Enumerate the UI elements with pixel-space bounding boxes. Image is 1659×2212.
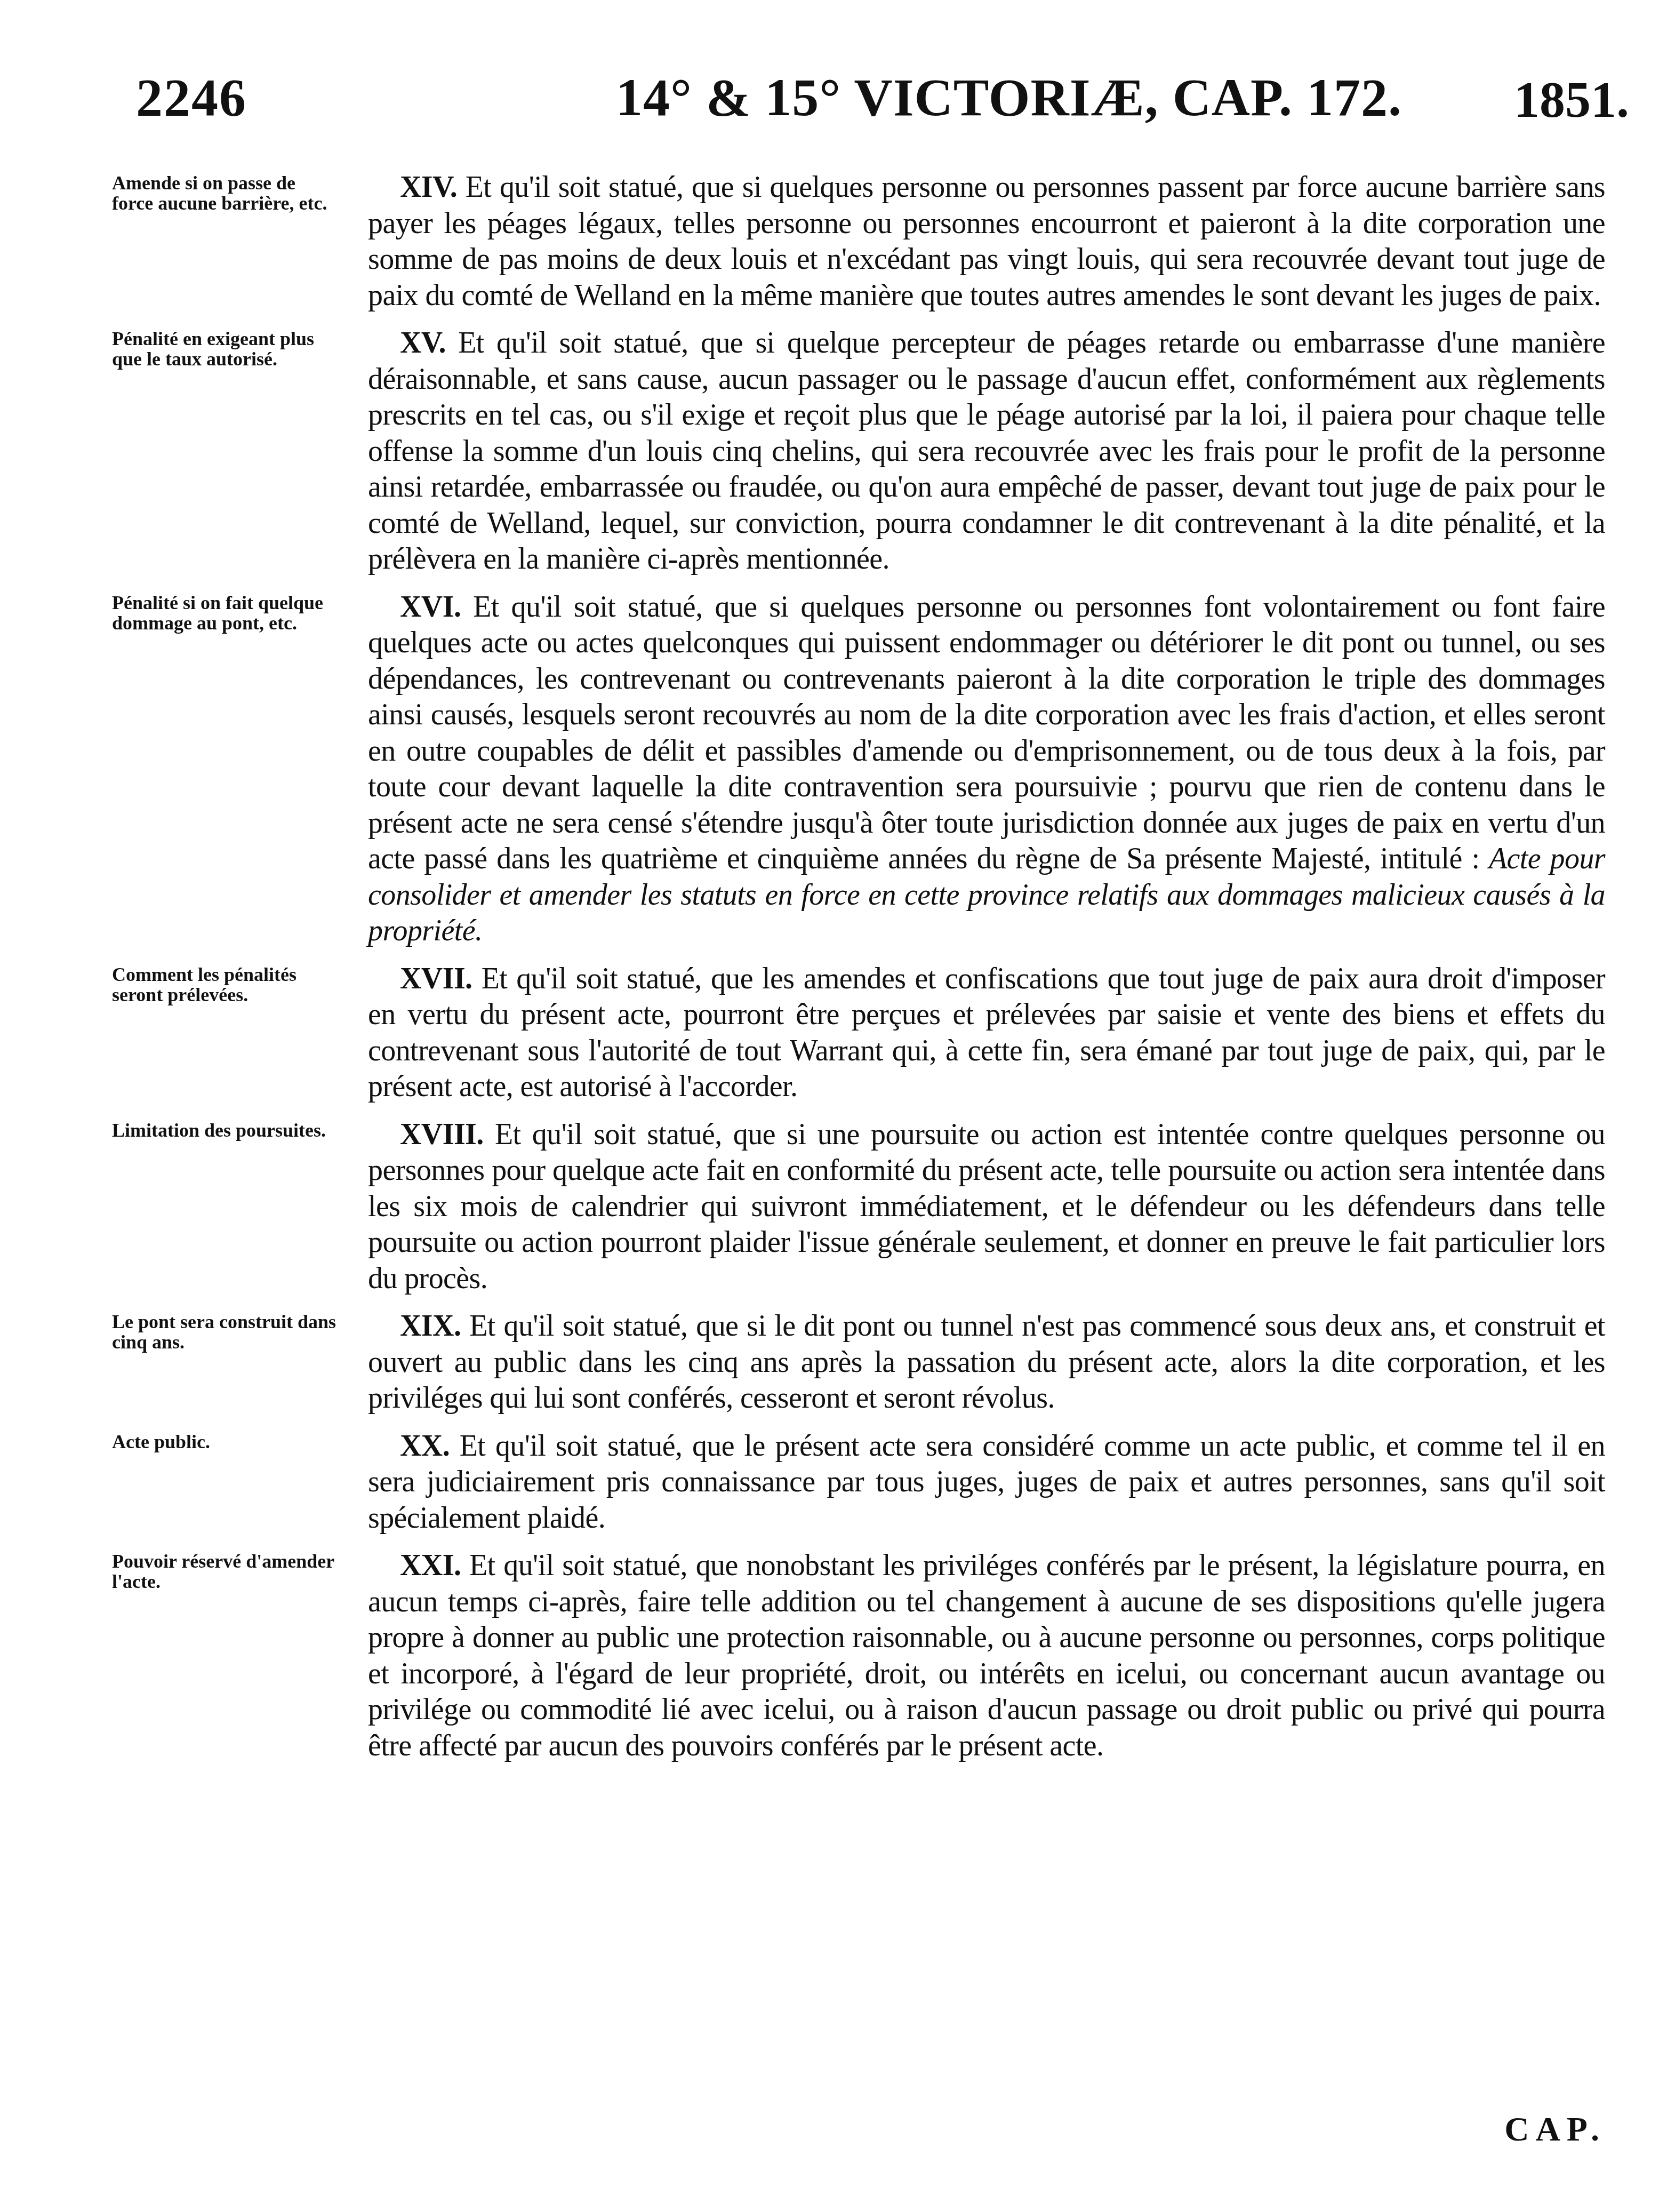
section-number: XVII. bbox=[400, 962, 482, 995]
section-body: XV. Et qu'il soit statué, que si quelque… bbox=[347, 325, 1605, 578]
section-text: Et qu'il soit statué, que les amendes et… bbox=[368, 962, 1605, 1104]
section-xiv: Amende si on passe de force aucune barri… bbox=[112, 170, 1605, 314]
statute-sections: Amende si on passe de force aucune barri… bbox=[112, 170, 1605, 1770]
margin-note: Pouvoir réservé d'amender l'acte. bbox=[112, 1548, 347, 1764]
running-title: 14° & 15° VICTORIÆ, CAP. 172. bbox=[616, 67, 1402, 128]
section-number: XIV. bbox=[400, 171, 466, 204]
page-number: 2246 bbox=[136, 67, 247, 128]
section-text: Et qu'il soit statué, que si une poursui… bbox=[368, 1118, 1605, 1295]
year: 1851. bbox=[1514, 70, 1629, 129]
section-number: XIX. bbox=[400, 1309, 469, 1343]
section-text: Et qu'il soit statué, que si quelques pe… bbox=[368, 171, 1605, 312]
section-text: Et qu'il soit statué, que le présent act… bbox=[368, 1430, 1605, 1535]
margin-note: Le pont sera construit dans cinq ans. bbox=[112, 1308, 347, 1417]
page-header: 2246 14° & 15° VICTORIÆ, CAP. 172. 1851. bbox=[136, 67, 1629, 141]
catchword: CAP. bbox=[1504, 2110, 1606, 2149]
section-body: XVII. Et qu'il soit statué, que les amen… bbox=[347, 961, 1605, 1105]
section-body: XVIII. Et qu'il soit statué, que si une … bbox=[347, 1117, 1605, 1297]
margin-note: Pénalité si on fait quelque dommage au p… bbox=[112, 589, 347, 949]
section-xv: Pénalité en exigeant plus que le taux au… bbox=[112, 325, 1605, 578]
section-xviii: Limitation des poursuites. XVIII. Et qu'… bbox=[112, 1117, 1605, 1297]
section-xx: Acte public. XX. Et qu'il soit statué, q… bbox=[112, 1428, 1605, 1537]
section-body: XXI. Et qu'il soit statué, que nonobstan… bbox=[347, 1548, 1605, 1764]
section-body: XIV. Et qu'il soit statué, que si quelqu… bbox=[347, 170, 1605, 314]
section-xix: Le pont sera construit dans cinq ans. XI… bbox=[112, 1308, 1605, 1417]
section-number: XVIII. bbox=[400, 1118, 495, 1151]
section-text: Et qu'il soit statué, que si le dit pont… bbox=[368, 1309, 1605, 1415]
section-body: XIX. Et qu'il soit statué, que si le dit… bbox=[347, 1308, 1605, 1417]
section-body: XX. Et qu'il soit statué, que le présent… bbox=[347, 1428, 1605, 1537]
margin-note: Comment les pénalités seront prélevées. bbox=[112, 961, 347, 1105]
section-text: Et qu'il soit statué, que si quelque per… bbox=[368, 326, 1605, 576]
section-xxi: Pouvoir réservé d'amender l'acte. XXI. E… bbox=[112, 1548, 1605, 1764]
margin-note: Amende si on passe de force aucune barri… bbox=[112, 170, 347, 314]
section-number: XXI. bbox=[400, 1549, 469, 1582]
section-text: Et qu'il soit statué, que nonobstant les… bbox=[368, 1549, 1605, 1762]
section-number: XX. bbox=[400, 1430, 460, 1463]
section-number: XV. bbox=[400, 326, 458, 360]
margin-note: Limitation des poursuites. bbox=[112, 1117, 347, 1297]
section-xvi: Pénalité si on fait quelque dommage au p… bbox=[112, 589, 1605, 949]
margin-note: Acte public. bbox=[112, 1428, 347, 1537]
margin-note: Pénalité en exigeant plus que le taux au… bbox=[112, 325, 347, 578]
section-number: XVI. bbox=[400, 590, 473, 624]
section-body: XVI. Et qu'il soit statué, que si quelqu… bbox=[347, 589, 1605, 949]
section-text: Et qu'il soit statué, que si quelques pe… bbox=[368, 590, 1605, 876]
section-xvii: Comment les pénalités seront prélevées. … bbox=[112, 961, 1605, 1105]
